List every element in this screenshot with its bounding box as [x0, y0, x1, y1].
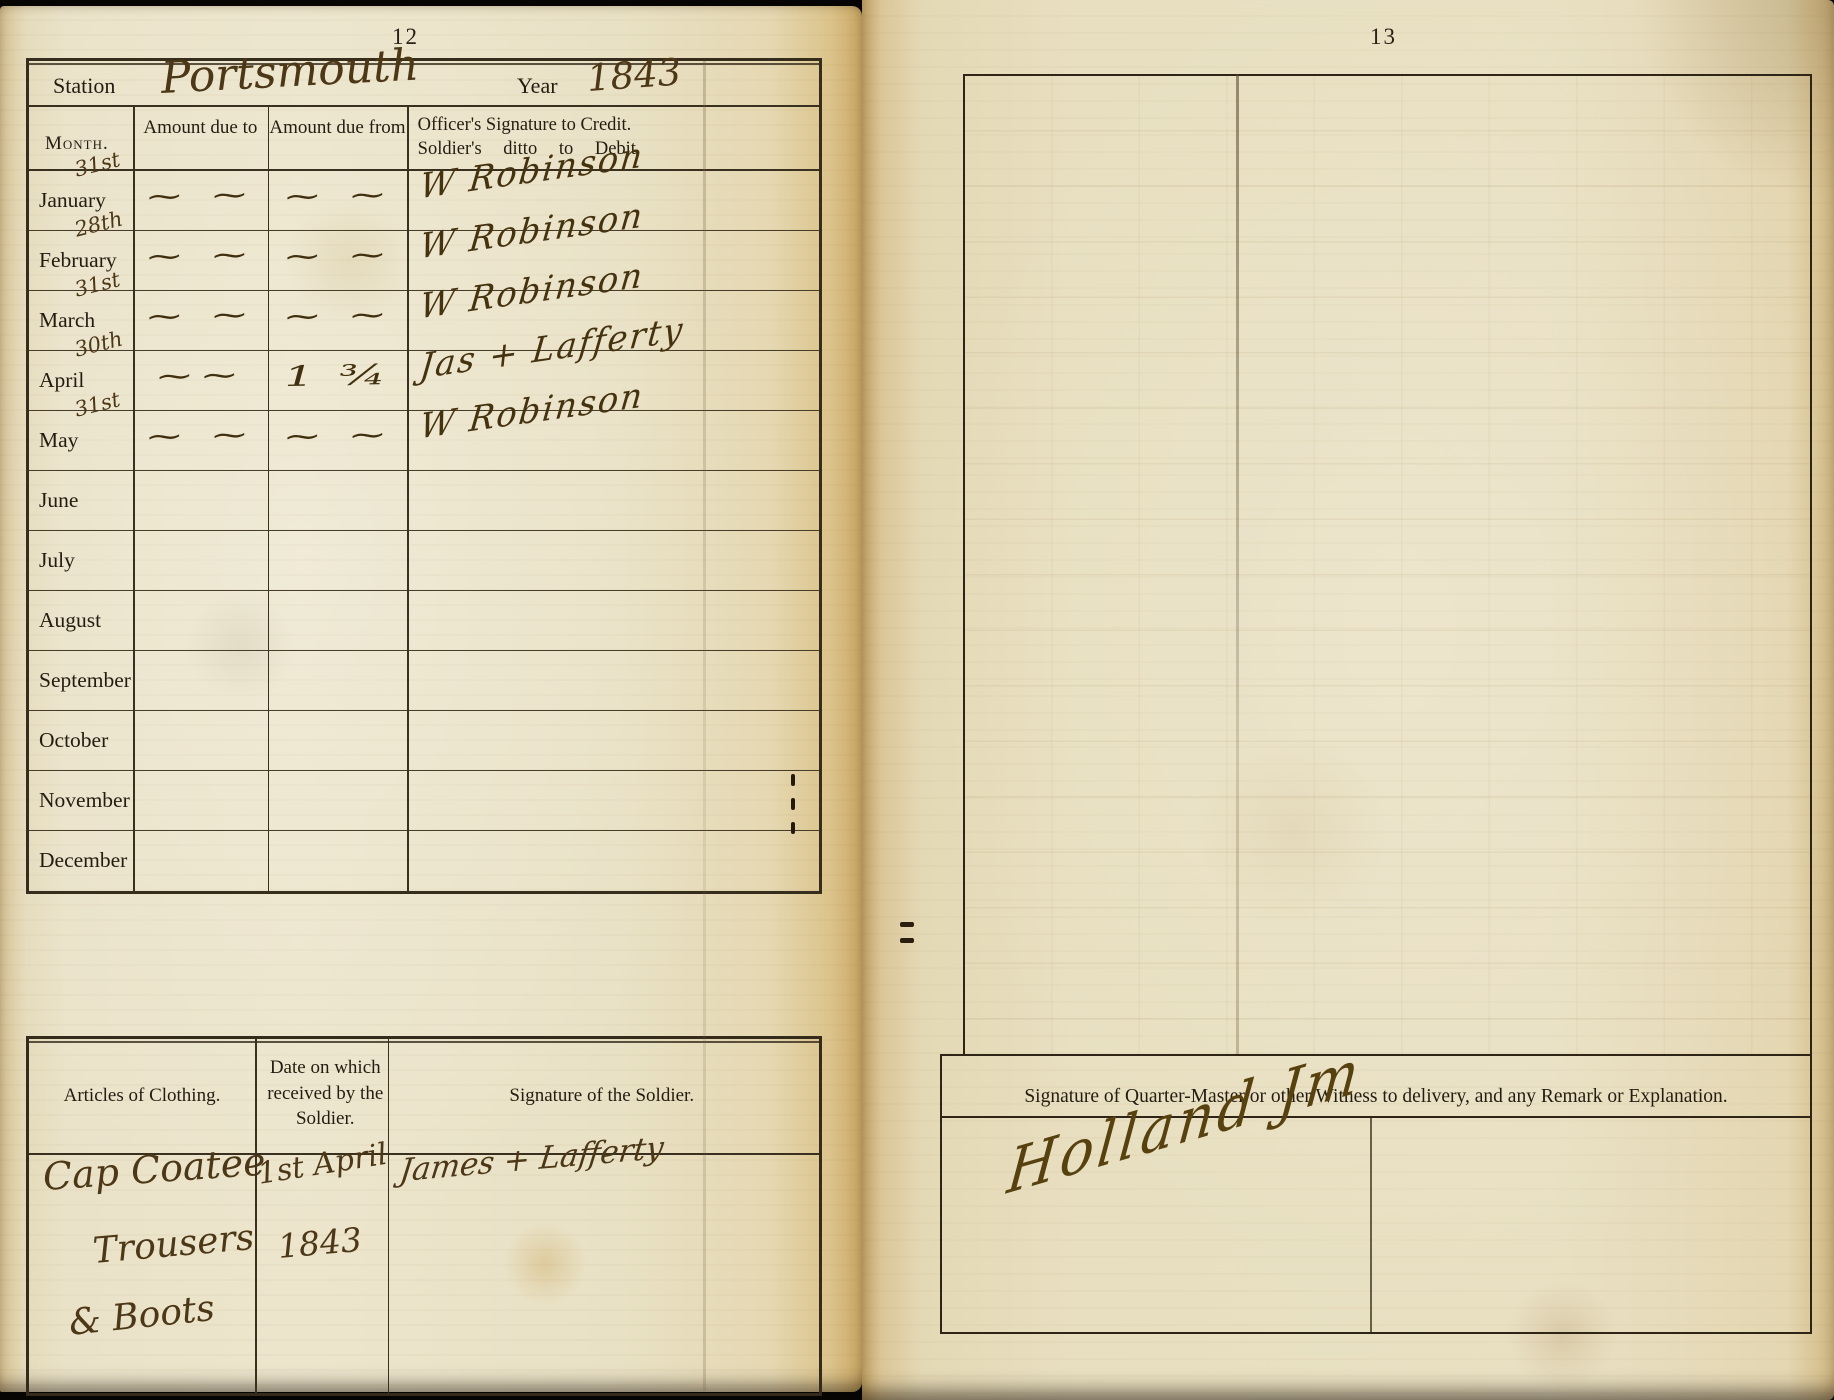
column-divider — [268, 107, 270, 891]
table-row-june: June — [29, 471, 819, 531]
column-divider — [133, 107, 135, 891]
page-crease — [1236, 74, 1239, 1056]
column-header-row: Month. Amount due to Amount due from Off… — [29, 107, 819, 171]
ditto-mark-due-from: ~ ~ — [249, 417, 425, 454]
quartermaster-signature-box: Holland Jm — [940, 1118, 1812, 1334]
year-label: Year — [517, 73, 558, 99]
page-crease — [703, 61, 706, 1391]
month-label: April — [39, 368, 84, 393]
signature-box-divider — [1370, 1118, 1372, 1332]
remarks-frame — [963, 74, 1812, 1054]
binding-stitch — [900, 938, 914, 943]
month-label: March — [39, 308, 95, 333]
table-row-july: July — [29, 531, 819, 591]
date-received-line2: 1843 — [276, 1220, 363, 1266]
table-row-april: April 30th ~~ 1 ¾ Jas + Lafferty — [29, 351, 819, 411]
date-received-header: Date on which received by the Soldier. — [261, 1055, 389, 1132]
month-label: July — [39, 548, 75, 573]
month-label: October — [39, 728, 108, 753]
right-page: 13 Signature of Quarter-Master or other … — [862, 0, 1834, 1400]
table-row-january: January 31st ~ ~ ~ ~ W Robinson — [29, 171, 819, 231]
table-row-december: December — [29, 831, 819, 891]
ditto-mark-due-from: ~ ~ — [249, 297, 425, 334]
binding-stitch — [900, 922, 914, 927]
month-label: May — [39, 428, 78, 453]
left-page: 12 Station Portsmouth Year 1843 Month. A… — [0, 6, 862, 1392]
soldier-signature-header: Signature of the Soldier. — [392, 1085, 811, 1107]
clothing-article: Trousers — [91, 1217, 256, 1272]
ditto-mark-due-from: ~ ~ — [249, 237, 425, 274]
month-label: December — [39, 848, 127, 873]
clothing-article: & Boots — [67, 1288, 217, 1344]
amount-due-to-header: Amount due to — [133, 117, 267, 139]
table-row-may: May 31st ~ ~ ~ ~ W Robinson — [29, 411, 819, 471]
station-row: Station Portsmouth Year 1843 — [29, 61, 819, 107]
months-grid: Month. Amount due to Amount due from Off… — [29, 107, 819, 891]
table-row-october: October — [29, 711, 819, 771]
month-label: November — [39, 788, 130, 813]
binding-stitch — [791, 822, 795, 834]
articles-of-clothing-header: Articles of Clothing. — [29, 1085, 255, 1107]
right-page-number: 13 — [1370, 24, 1397, 50]
month-label: January — [39, 188, 106, 213]
month-label: August — [39, 608, 101, 633]
amount-due-from-header: Amount due from — [268, 117, 408, 139]
month-label: June — [39, 488, 78, 513]
amount-due-from-value: 1 ¾ — [249, 357, 425, 394]
table-row-february: February 28th ~ ~ ~ ~ W Robinson — [29, 231, 819, 291]
officer-signature-header-line1: Officer's Signature to Credit. — [418, 115, 632, 136]
year-value-handwritten: 1843 — [586, 50, 683, 99]
binding-stitch — [791, 774, 795, 786]
clothing-header-row: Articles of Clothing. Date on which rece… — [29, 1039, 819, 1155]
quartermaster-caption-box: Signature of Quarter-Master or other Wit… — [940, 1054, 1812, 1118]
clothing-body-row: Cap Coatee Trousers & Boots 1st April 18… — [29, 1155, 819, 1393]
ditto-mark-due-from: ~ ~ — [249, 177, 425, 214]
station-value-handwritten: Portsmouth — [160, 40, 421, 104]
table-row-november: November — [29, 771, 819, 831]
binding-stitch — [791, 798, 795, 810]
column-divider — [388, 1039, 390, 1393]
table-row-august: August — [29, 591, 819, 651]
column-divider — [407, 107, 409, 891]
table-row-march: March 31st ~ ~ ~ ~ W Robinson — [29, 291, 819, 351]
table-row-september: September — [29, 651, 819, 711]
column-divider — [255, 1039, 257, 1393]
station-label: Station — [53, 73, 115, 99]
month-label: September — [39, 668, 131, 693]
soldier-pay-book-scan: 12 Station Portsmouth Year 1843 Month. A… — [0, 0, 1834, 1400]
